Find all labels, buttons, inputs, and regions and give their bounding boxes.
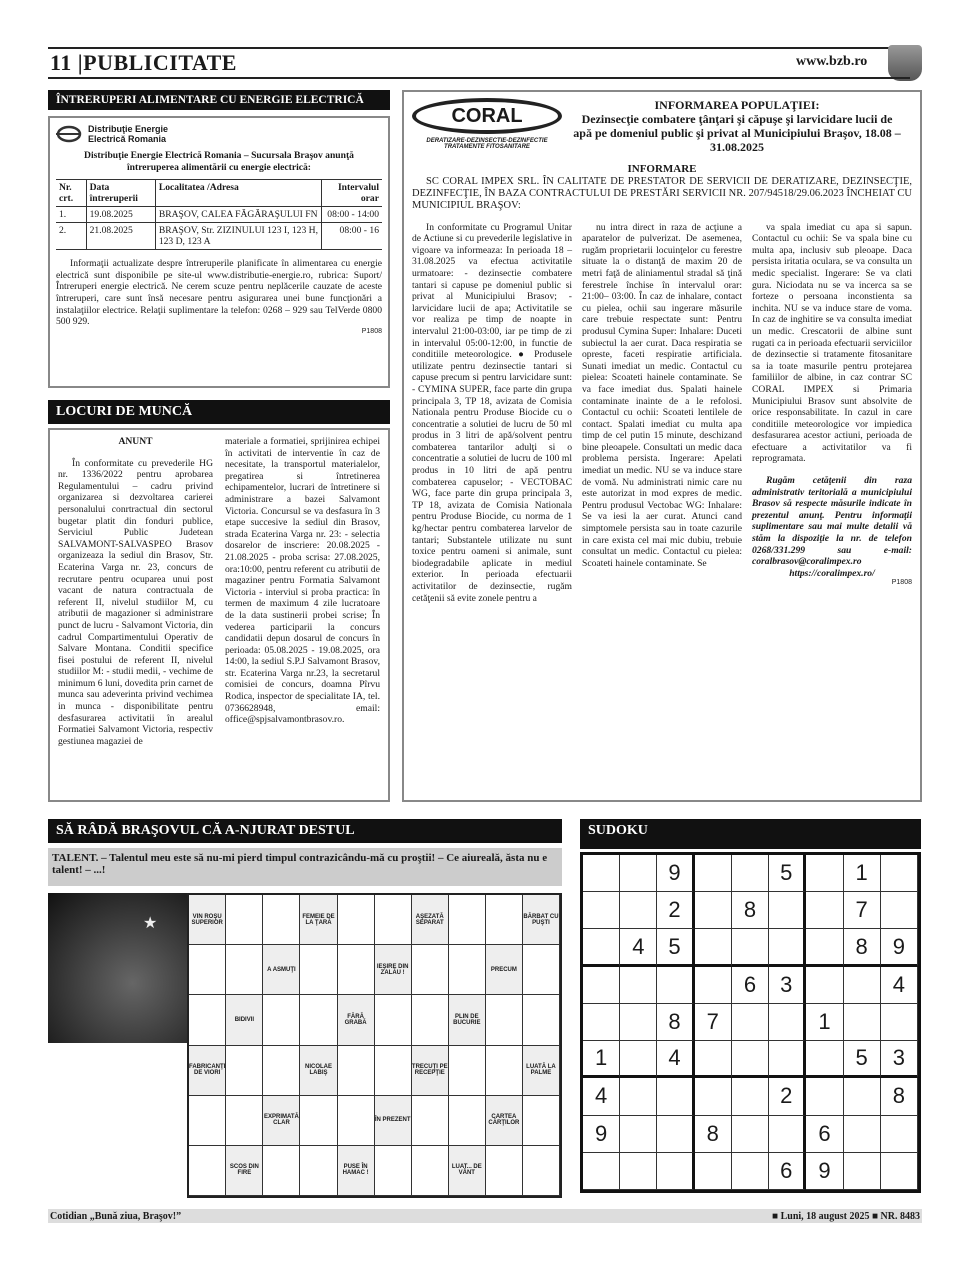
crossword-cell[interactable] (449, 1096, 486, 1146)
sudoku-cell[interactable] (844, 1153, 881, 1190)
page-title: 11 |PUBLICITATE (50, 50, 237, 76)
sudoku-cell[interactable]: 1 (844, 855, 881, 892)
coral-col1: In conformitate cu Programul Unitar de A… (412, 222, 572, 605)
crossword-clue[interactable]: CARTEA CĂRŢILOR (486, 1096, 523, 1146)
coral-title: INFORMAREA POPULAŢIEI: (572, 98, 902, 112)
crossword-clue[interactable]: LUATĂ LA PALME (523, 1046, 560, 1096)
sudoku-cell[interactable] (806, 855, 843, 892)
coral-logo-sub: DERATIZARE-DEZINSECTIE-DEZINFECTIE TRATA… (412, 138, 562, 150)
sudoku-cell[interactable] (620, 967, 657, 1004)
inform-heading: INFORMARE (412, 164, 912, 176)
crossword-clue[interactable]: FEMEIE DE LA ŢARĂ (300, 895, 337, 945)
sudoku-cell[interactable]: 9 (583, 1116, 620, 1153)
crossword-cell[interactable] (338, 945, 375, 995)
sudoku-cell[interactable] (620, 855, 657, 892)
sudoku-cell[interactable]: 9 (881, 929, 918, 966)
humor-section-title: SĂ RÂDĂ BRAŞOVUL CĂ A-NJURAT DESTUL (48, 819, 562, 843)
jobs-col2: materiale a formatiei, sprijinirea echip… (225, 436, 380, 726)
header-rule-bottom (48, 77, 910, 79)
crossword-clue[interactable]: AŞEZATĂ SEPARAT (412, 895, 449, 945)
coral-logo: CORAL DERATIZARE-DEZINSECTIE-DEZINFECTIE… (412, 98, 562, 154)
sudoku-cell[interactable] (620, 1078, 657, 1115)
joke-text: TALENT. – Talentul meu este să nu-mi pie… (48, 848, 562, 886)
sudoku-cell[interactable] (732, 1078, 769, 1115)
crossword-cell[interactable] (226, 1046, 263, 1096)
sudoku-cell[interactable]: 5 (657, 929, 694, 966)
sudoku-cell[interactable] (583, 929, 620, 966)
crossword-cell[interactable] (486, 1146, 523, 1196)
electric-section-title: ÎNTRERUPERI ALIMENTARE CU ENERGIE ELECTR… (48, 90, 390, 110)
crossword-cell[interactable] (523, 1146, 560, 1196)
sudoku-cell[interactable]: 9 (806, 1153, 843, 1190)
col-address: Localitatea /Adresa (155, 180, 321, 207)
sudoku-cell[interactable] (732, 1004, 769, 1041)
sudoku-cell[interactable]: 2 (769, 1078, 806, 1115)
sudoku-cell[interactable]: 8 (881, 1078, 918, 1115)
coral-notice: CORAL DERATIZARE-DEZINSECTIE-DEZINFECTIE… (402, 90, 922, 802)
sudoku-cell[interactable]: 7 (695, 1004, 732, 1041)
sudoku-cell[interactable] (881, 1004, 918, 1041)
sudoku-cell[interactable]: 8 (695, 1116, 732, 1153)
sudoku-cell[interactable] (844, 967, 881, 1004)
sudoku-cell[interactable] (695, 892, 732, 929)
jobs-heading: ANUNT (58, 436, 213, 448)
sudoku-cell[interactable]: 6 (732, 967, 769, 1004)
dee-logo: Distribuţie EnergieElectrică Romania (56, 124, 382, 144)
sudoku-cell[interactable]: 3 (769, 967, 806, 1004)
crossword-clue[interactable]: PUSE ÎN HAMAC ! (338, 1146, 375, 1196)
sudoku-cell[interactable] (806, 892, 843, 929)
crossword-clue[interactable]: PRECUM (486, 945, 523, 995)
table-row: 1.19.08.2025BRAŞOV, CALEA FĂGĂRAŞULUI FN… (56, 207, 382, 223)
crossword-clue[interactable]: FĂRĂ GRABĂ (338, 995, 375, 1045)
sudoku-cell[interactable] (732, 1116, 769, 1153)
sudoku-cell[interactable] (620, 1116, 657, 1153)
electric-note: Informaţii actualizate despre întreruper… (56, 258, 382, 328)
crossword-cell[interactable] (412, 1096, 449, 1146)
crossword-clue[interactable]: EXPRIMATĂ CLAR (263, 1096, 300, 1146)
sudoku-cell[interactable]: 3 (881, 1041, 918, 1078)
sudoku-cell[interactable] (806, 929, 843, 966)
footer-date-issue: ■ Luni, 18 august 2025 ■ NR. 8483 (772, 1211, 920, 1222)
outage-table: Nr. crt.Data întreruperiiLocalitatea /Ad… (56, 179, 382, 250)
sudoku-cell[interactable] (732, 1153, 769, 1190)
crest-icon (888, 45, 922, 81)
sudoku-cell[interactable] (657, 967, 694, 1004)
col-interval: Intervalul orar (322, 180, 382, 207)
crossword-cell[interactable] (300, 1096, 337, 1146)
sudoku-cell[interactable] (732, 929, 769, 966)
sudoku-cell[interactable]: 6 (806, 1116, 843, 1153)
crossword-cell[interactable] (226, 945, 263, 995)
jobs-notice: ANUNTÎn conformitate cu prevederile HG n… (48, 428, 390, 802)
sudoku-cell[interactable] (769, 892, 806, 929)
sudoku-title: SUDOKU (580, 819, 921, 849)
crossword-clue[interactable]: VIN ROŞU SUPERIOR (189, 895, 226, 945)
crossword-cell[interactable] (412, 995, 449, 1045)
crossword-clue[interactable]: BIDIVII (226, 995, 263, 1045)
sudoku-cell[interactable] (695, 1078, 732, 1115)
sudoku-cell[interactable]: 7 (844, 892, 881, 929)
sudoku-cell[interactable]: 5 (844, 1041, 881, 1078)
crossword-cell[interactable] (189, 1146, 226, 1196)
sudoku-cell[interactable] (695, 1041, 732, 1078)
crossword-cell[interactable] (189, 995, 226, 1045)
sudoku-cell[interactable]: 1 (806, 1004, 843, 1041)
crossword-cell[interactable] (338, 1046, 375, 1096)
sudoku-cell[interactable]: 5 (769, 855, 806, 892)
sudoku-grid[interactable]: 9512874589634871145342898669 (580, 852, 921, 1193)
sudoku-cell[interactable]: 4 (620, 929, 657, 966)
sudoku-cell[interactable]: 4 (583, 1078, 620, 1115)
crossword-cell[interactable] (263, 995, 300, 1045)
sudoku-cell[interactable] (695, 1153, 732, 1190)
sudoku-cell[interactable]: 8 (732, 892, 769, 929)
crossword-clue[interactable]: SCOS DIN FIRE (226, 1146, 263, 1196)
sudoku-cell[interactable] (769, 929, 806, 966)
crossword-cell[interactable] (300, 1146, 337, 1196)
coral-col3: va spala imediat cu apa si sapun. Contac… (752, 222, 912, 465)
crossword-clue[interactable]: NICOLAE LABIŞ (300, 1046, 337, 1096)
col-date: Data întreruperii (86, 180, 155, 207)
logo-line2: Electrică Romania (88, 134, 168, 144)
footer-publication: Cotidian „Bună ziua, Braşov!” (50, 1211, 181, 1222)
crossword-clue[interactable]: LUAT... DE VÂNT (449, 1146, 486, 1196)
sudoku-cell[interactable]: 4 (657, 1041, 694, 1078)
crossword-cell[interactable] (375, 995, 412, 1045)
sudoku-cell[interactable] (806, 967, 843, 1004)
crossword-cell[interactable] (486, 995, 523, 1045)
crossword-cell[interactable] (449, 895, 486, 945)
crossword-cell[interactable] (189, 1096, 226, 1146)
crossword-clue[interactable]: PLIN DE BUCURIE (449, 995, 486, 1045)
crossword-cell[interactable] (523, 995, 560, 1045)
sudoku-cell[interactable] (806, 1041, 843, 1078)
crossword-cell[interactable] (226, 895, 263, 945)
sudoku-cell[interactable] (583, 1004, 620, 1041)
sudoku-cell[interactable]: 1 (583, 1041, 620, 1078)
crossword-cell[interactable] (486, 895, 523, 945)
jobs-section-title: LOCURI DE MUNCĂ (48, 400, 390, 424)
ad-code: P1808 (752, 579, 912, 586)
sudoku-cell[interactable] (695, 967, 732, 1004)
crossword-clue[interactable]: IEŞIRE DIN ZALĂU ! (375, 945, 412, 995)
ad-code: P1808 (56, 328, 382, 335)
sudoku-cell[interactable] (620, 1153, 657, 1190)
sudoku-cell[interactable]: 8 (844, 929, 881, 966)
crossword-cell[interactable] (338, 1096, 375, 1146)
sudoku-cell[interactable]: 2 (657, 892, 694, 929)
sudoku-cell[interactable] (657, 1078, 694, 1115)
crossword-cell[interactable] (449, 1046, 486, 1096)
sudoku-cell[interactable] (732, 855, 769, 892)
sudoku-cell[interactable] (881, 1153, 918, 1190)
coral-lead: SC CORAL IMPEX SRL. ÎN CALITATE DE PREST… (412, 176, 912, 212)
dee-logo-icon (56, 124, 82, 144)
crossword-cell[interactable] (338, 895, 375, 945)
crossword-cell[interactable] (375, 1146, 412, 1196)
sudoku-cell[interactable] (583, 1153, 620, 1190)
sudoku-cell[interactable] (695, 929, 732, 966)
crossword-cell[interactable] (412, 945, 449, 995)
sudoku-cell[interactable] (657, 1153, 694, 1190)
sudoku-cell[interactable]: 9 (657, 855, 694, 892)
crossword-cell[interactable] (300, 945, 337, 995)
sudoku-cell[interactable] (695, 855, 732, 892)
crossword-cell[interactable] (412, 1146, 449, 1196)
crossword-cell[interactable] (523, 945, 560, 995)
coral-closing: Rugăm cetăţenii din raza administrativ t… (752, 475, 912, 568)
coral-subtitle: Dezinsecţie combatere ţânţari şi căpuşe … (572, 112, 902, 154)
jobs-col1: În conformitate cu prevederile HG nr. 13… (58, 458, 213, 748)
coral-url[interactable]: https://coralimpex.ro/ (752, 568, 912, 580)
crossword-cell[interactable] (263, 1046, 300, 1096)
sudoku-cell[interactable]: 6 (769, 1153, 806, 1190)
sudoku-cell[interactable] (881, 1116, 918, 1153)
crossword-cell[interactable] (375, 895, 412, 945)
crossword-image: ★ (48, 893, 189, 1043)
crossword-clue[interactable]: A ASMUŢI (263, 945, 300, 995)
crossword-clue[interactable]: BĂRBAT CU PUŞTI (523, 895, 560, 945)
table-row: 2.21.08.2025BRAŞOV, Str. ZIZINULUI 123 I… (56, 223, 382, 250)
sudoku-cell[interactable] (881, 855, 918, 892)
sudoku-cell[interactable] (769, 1116, 806, 1153)
crossword-grid[interactable]: VIN ROŞU SUPERIORFEMEIE DE LA ŢARĂAŞEZAT… (187, 893, 562, 1198)
sudoku-cell[interactable] (583, 967, 620, 1004)
crossword-cell[interactable] (263, 895, 300, 945)
electric-notice: Distribuţie EnergieElectrică Romania Dis… (48, 116, 390, 388)
crossword-cell[interactable] (300, 995, 337, 1045)
star-icon: ★ (143, 913, 157, 932)
sudoku-cell[interactable]: 8 (657, 1004, 694, 1041)
crossword-cell[interactable] (486, 1046, 523, 1096)
sudoku-cell[interactable] (844, 1078, 881, 1115)
sudoku-cell[interactable] (806, 1078, 843, 1115)
footer: Cotidian „Bună ziua, Braşov!” ■ Luni, 18… (48, 1209, 922, 1223)
crossword-cell[interactable] (375, 1046, 412, 1096)
header-rule-top (48, 47, 910, 49)
crossword-clue[interactable]: FABRICANŢI DE VIORI (189, 1046, 226, 1096)
coral-col2: nu intra direct in raza de acţiune a apa… (582, 222, 742, 605)
sudoku-cell[interactable] (620, 892, 657, 929)
sudoku-cell[interactable] (620, 1041, 657, 1078)
crossword-cell[interactable] (263, 1146, 300, 1196)
sudoku-cell[interactable]: 4 (881, 967, 918, 1004)
crossword-cell[interactable] (449, 945, 486, 995)
crossword-cell[interactable] (189, 945, 226, 995)
sudoku-cell[interactable] (769, 1041, 806, 1078)
site-url[interactable]: www.bzb.ro (796, 54, 867, 70)
logo-line1: Distribuţie Energie (88, 124, 168, 134)
crossword-cell[interactable] (523, 1096, 560, 1146)
crossword-clue[interactable]: ÎN PREZENT (375, 1096, 412, 1146)
sudoku-cell[interactable] (769, 1004, 806, 1041)
sudoku-cell[interactable] (732, 1041, 769, 1078)
electric-intro: Distribuţie Energie Electrică Romania – … (70, 150, 368, 173)
sudoku-cell[interactable] (881, 892, 918, 929)
coral-logo-mark: CORAL (412, 98, 562, 134)
crossword-cell[interactable] (226, 1096, 263, 1146)
sudoku-cell[interactable] (844, 1004, 881, 1041)
sudoku-cell[interactable] (657, 1116, 694, 1153)
sudoku-cell[interactable] (583, 855, 620, 892)
sudoku-cell[interactable] (620, 1004, 657, 1041)
sudoku-cell[interactable] (583, 892, 620, 929)
crossword-clue[interactable]: TRECUŢI PE RECEPŢIE (412, 1046, 449, 1096)
col-nr: Nr. crt. (56, 180, 86, 207)
sudoku-cell[interactable] (844, 1116, 881, 1153)
